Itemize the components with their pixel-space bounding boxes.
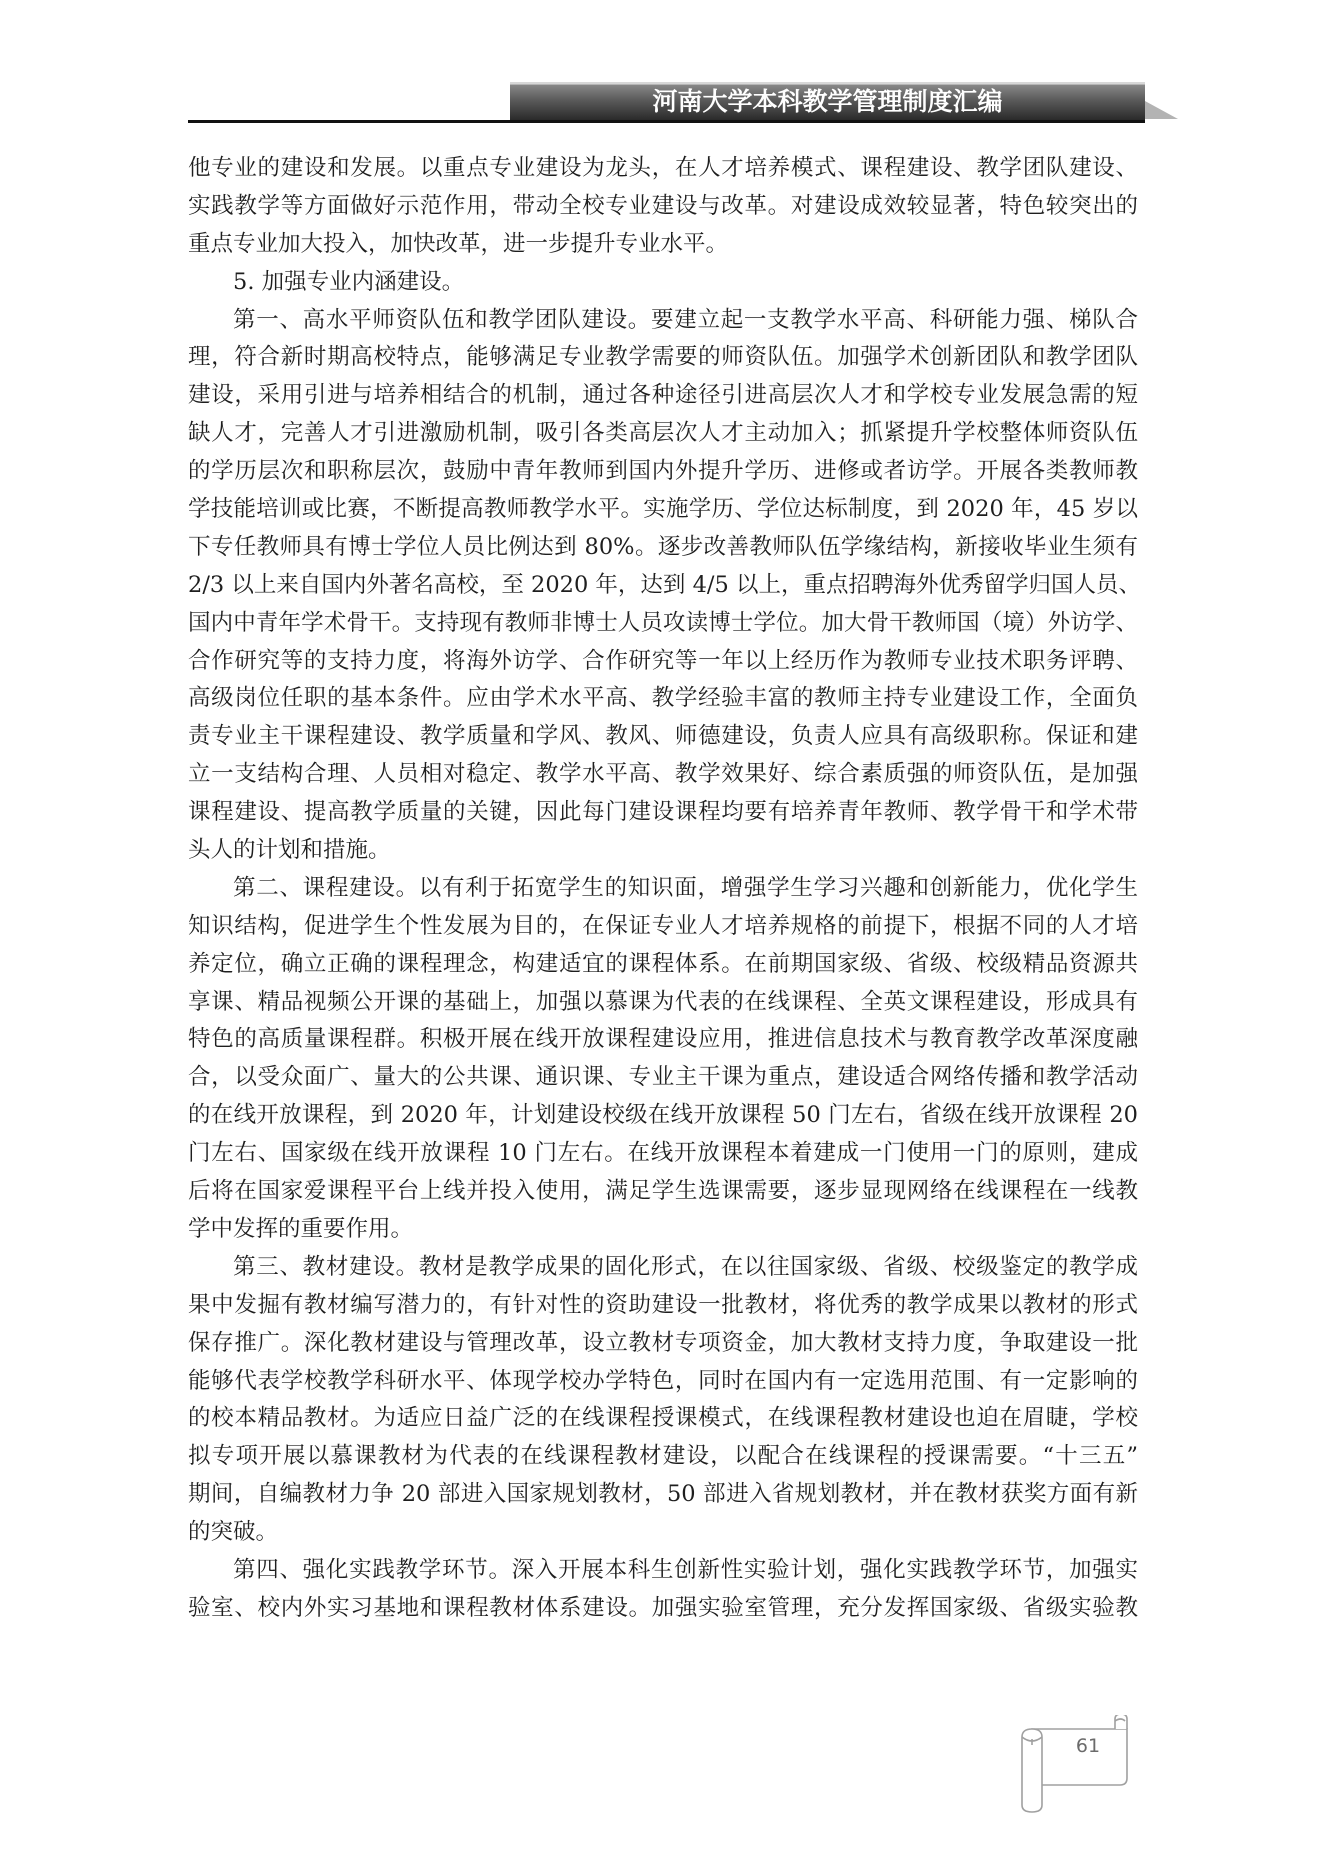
text-line: 的在线开放课程，到 2020 年，计划建设校级在线开放课程 50 门左右，省级在…	[188, 1097, 1138, 1135]
header-shadow-decoration	[1145, 101, 1178, 119]
body-text: 他专业的建设和发展。以重点专业建设为龙头，在人才培养模式、课程建设、教学团队建设…	[188, 150, 1138, 1628]
header-rule	[188, 120, 1145, 123]
page-number-scroll-badge: 61	[1010, 1715, 1140, 1815]
text-line: 合作研究等的支持力度，将海外访学、合作研究等一年以上经历作为教师专业技术职务评聘…	[188, 643, 1138, 681]
page-number: 61	[1058, 1735, 1118, 1757]
text-line: 果中发掘有教材编写潜力的，有针对性的资助建设一批教材，将优秀的教学成果以教材的形…	[188, 1287, 1138, 1325]
text-line: 2/3 以上来自国内外著名高校，至 2020 年，达到 4/5 以上，重点招聘海…	[188, 567, 1138, 605]
text-line: 他专业的建设和发展。以重点专业建设为龙头，在人才培养模式、课程建设、教学团队建设…	[188, 150, 1138, 188]
text-line: 实践教学等方面做好示范作用，带动全校专业建设与改革。对建设成效较显著，特色较突出…	[188, 188, 1138, 226]
text-line: 期间，自编教材力争 20 部进入国家规划教材，50 部进入省规划教材，并在教材获…	[188, 1476, 1138, 1514]
text-line: 学中发挥的重要作用。	[188, 1211, 1138, 1249]
text-line: 验室、校内外实习基地和课程教材体系建设。加强实验室管理，充分发挥国家级、省级实验…	[188, 1590, 1138, 1628]
text-line: 学技能培训或比赛，不断提高教师教学水平。实施学历、学位达标制度，到 2020 年…	[188, 491, 1138, 529]
text-line: 国内中青年学术骨干。支持现有教师非博士人员攻读博士学位。加大骨干教师国（境）外访…	[188, 605, 1138, 643]
text-line: 责专业主干课程建设、教学质量和学风、教风、师德建设，负责人应具有高级职称。保证和…	[188, 718, 1138, 756]
text-line: 第二、课程建设。以有利于拓宽学生的知识面，增强学生学习兴趣和创新能力，优化学生	[188, 870, 1138, 908]
text-line: 享课、精品视频公开课的基础上，加强以慕课为代表的在线课程、全英文课程建设，形成具…	[188, 984, 1138, 1022]
text-line: 知识结构，促进学生个性发展为目的，在保证专业人才培养规格的前提下，根据不同的人才…	[188, 908, 1138, 946]
text-line: 课程建设、提高教学质量的关键，因此每门建设课程均要有培养青年教师、教学骨干和学术…	[188, 794, 1138, 832]
text-line: 保存推广。深化教材建设与管理改革，设立教材专项资金，加大教材支持力度，争取建设一…	[188, 1325, 1138, 1363]
text-line: 的校本精品教材。为适应日益广泛的在线课程授课模式，在线课程教材建设也迫在眉睫，学…	[188, 1400, 1138, 1438]
running-header-title: 河南大学本科教学管理制度汇编	[510, 87, 1145, 117]
running-header-band: 河南大学本科教学管理制度汇编	[510, 82, 1145, 120]
scroll-icon	[1010, 1715, 1140, 1815]
text-line: 5. 加强专业内涵建设。	[188, 264, 1138, 302]
text-line: 特色的高质量课程群。积极开展在线开放课程建设应用，推进信息技术与教育教学改革深度…	[188, 1021, 1138, 1059]
text-line: 拟专项开展以慕课教材为代表的在线课程教材建设，以配合在线课程的授课需要。“十三五…	[188, 1438, 1138, 1476]
text-line: 重点专业加大投入，加快改革，进一步提升专业水平。	[188, 226, 1138, 264]
text-line: 合，以受众面广、量大的公共课、通识课、专业主干课为重点，建设适合网络传播和教学活…	[188, 1059, 1138, 1097]
text-line: 的学历层次和职称层次，鼓励中青年教师到国内外提升学历、进修或者访学。开展各类教师…	[188, 453, 1138, 491]
text-line: 理，符合新时期高校特点，能够满足专业教学需要的师资队伍。加强学术创新团队和教学团…	[188, 339, 1138, 377]
text-line: 第一、高水平师资队伍和教学团队建设。要建立起一支教学水平高、科研能力强、梯队合	[188, 302, 1138, 340]
text-line: 下专任教师具有博士学位人员比例达到 80%。逐步改善教师队伍学缘结构，新接收毕业…	[188, 529, 1138, 567]
text-line: 立一支结构合理、人员相对稳定、教学水平高、教学效果好、综合素质强的师资队伍，是加…	[188, 756, 1138, 794]
text-line: 建设，采用引进与培养相结合的机制，通过各种途径引进高层次人才和学校专业发展急需的…	[188, 377, 1138, 415]
text-line: 能够代表学校教学科研水平、体现学校办学特色，同时在国内有一定选用范围、有一定影响…	[188, 1363, 1138, 1401]
text-line: 门左右、国家级在线开放课程 10 门左右。在线开放课程本着建成一门使用一门的原则…	[188, 1135, 1138, 1173]
text-line: 缺人才，完善人才引进激励机制，吸引各类高层次人才主动加入；抓紧提升学校整体师资队…	[188, 415, 1138, 453]
text-line: 第四、强化实践教学环节。深入开展本科生创新性实验计划，强化实践教学环节，加强实	[188, 1552, 1138, 1590]
text-line: 高级岗位任职的基本条件。应由学术水平高、教学经验丰富的教师主持专业建设工作，全面…	[188, 680, 1138, 718]
text-line: 后将在国家爱课程平台上线并投入使用，满足学生选课需要，逐步显现网络在线课程在一线…	[188, 1173, 1138, 1211]
text-line: 第三、教材建设。教材是教学成果的固化形式，在以往国家级、省级、校级鉴定的教学成	[188, 1249, 1138, 1287]
text-line: 头人的计划和措施。	[188, 832, 1138, 870]
text-line: 的突破。	[188, 1514, 1138, 1552]
text-line: 养定位，确立正确的课程理念，构建适宜的课程体系。在前期国家级、省级、校级精品资源…	[188, 946, 1138, 984]
